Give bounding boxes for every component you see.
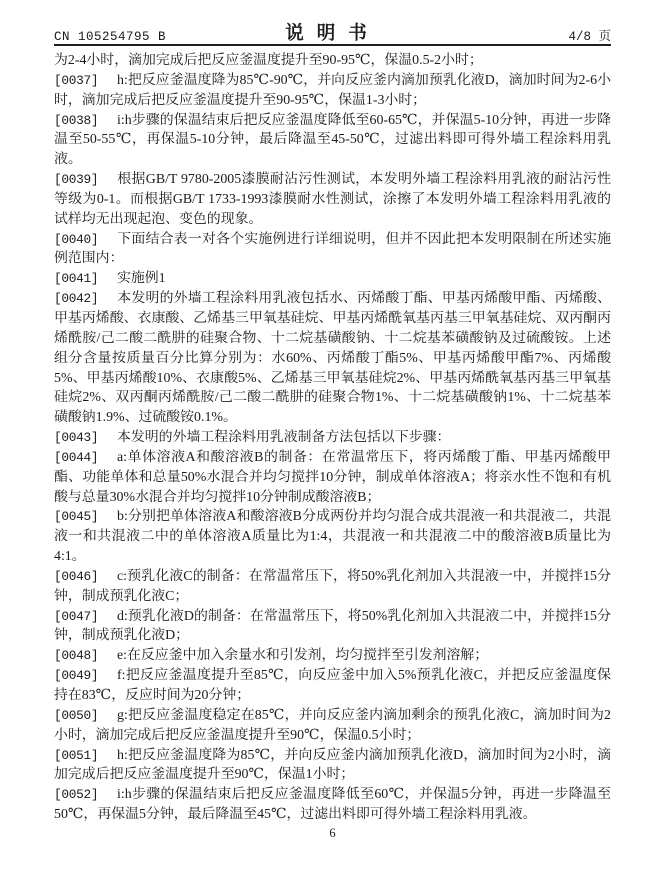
paragraph-tag: [0042] xyxy=(54,289,117,309)
paragraph-text: 根据GB/T 9780-2005漆膜耐沾污性测试，本发明外墙工程涂料用乳液的耐沾… xyxy=(54,172,611,227)
paragraph: [0043]本发明的外墙工程涂料用乳液制备方法包括以下步骤： xyxy=(54,428,611,448)
paragraph-tag: [0038] xyxy=(54,111,117,131)
paragraph: [0042]本发明的外墙工程涂料用乳液包括水、丙烯酸丁酯、甲基丙烯酸甲酯、丙烯酸… xyxy=(54,289,611,428)
paragraph: [0038]i:h步骤的保温结束后把反应釜温度降低至60-65℃，并保温5-10… xyxy=(54,111,611,171)
paragraph: [0037]h:把反应釜温度降为85℃-90℃，并向反应釜内滴加预乳化液D，滴加… xyxy=(54,71,611,111)
page-number: 6 xyxy=(329,826,335,840)
paragraph-tag: [0050] xyxy=(54,706,117,726)
paragraph: [0047]d:预乳化液D的制备：在常温常压下，将50%乳化剂加入共混液二中，并… xyxy=(54,607,611,647)
page-footer: 6 xyxy=(0,826,665,841)
paragraph-tag: [0047] xyxy=(54,607,117,627)
paragraph-text: d:预乳化液D的制备：在常温常压下，将50%乳化剂加入共混液二中，并搅拌15分钟… xyxy=(54,609,611,644)
paragraph-tag: [0045] xyxy=(54,507,117,527)
paragraph-tag: [0041] xyxy=(54,269,117,289)
paragraph-tag: [0046] xyxy=(54,567,117,587)
header-rule xyxy=(54,44,611,46)
document-body: 为2-4小时，滴加完成后把反应釜温度提升至90-95℃，保温0.5-2小时； [… xyxy=(54,51,611,825)
paragraph-tag: [0043] xyxy=(54,428,117,448)
paragraph: [0044]a:单体溶液A和酸溶液B的制备：在常温常压下，将丙烯酸丁酯、甲基丙烯… xyxy=(54,448,611,508)
paragraph-text: f:把反应釜温度提升至85℃，向反应釜中加入5%预乳化液C，并把反应釜温度保持在… xyxy=(54,668,611,703)
page-indicator: 4/8 页 xyxy=(568,26,611,44)
paragraph: [0039]根据GB/T 9780-2005漆膜耐沾污性测试，本发明外墙工程涂料… xyxy=(54,170,611,230)
paragraph-text: 本发明的外墙工程涂料用乳液包括水、丙烯酸丁酯、甲基丙烯酸甲酯、丙烯酸、甲基丙烯酸… xyxy=(54,291,611,425)
paragraph-text: 为2-4小时，滴加完成后把反应釜温度提升至90-95℃，保温0.5-2小时； xyxy=(54,53,483,68)
paragraph: [0040]下面结合表一对各个实施例进行详细说明，但并不因此把本发明限制在所述实… xyxy=(54,230,611,270)
paragraph-text: h:把反应釜温度降为85℃，并向反应釜内滴加预乳化液D，滴加时间为2小时，滴加完… xyxy=(54,748,611,783)
paragraph-tag: [0039] xyxy=(54,170,117,190)
paragraph: [0052]i:h步骤的保温结束后把反应釜温度降低至60℃，并保温5分钟，再进一… xyxy=(54,785,611,825)
paragraph-text: h:把反应釜温度降为85℃-90℃，并向反应釜内滴加预乳化液D，滴加时间为2-6… xyxy=(54,73,611,108)
paragraph-tag: [0037] xyxy=(54,71,117,91)
paragraph: [0050]g:把反应釜温度稳定在85℃，并向反应釜内滴加剩余的预乳化液C，滴加… xyxy=(54,706,611,746)
paragraph-tag: [0052] xyxy=(54,785,117,805)
paragraph: [0046]c:预乳化液C的制备：在常温常压下，将50%乳化剂加入共混液一中，并… xyxy=(54,567,611,607)
paragraph-tag: [0044] xyxy=(54,448,117,468)
paragraph: [0051]h:把反应釜温度降为85℃，并向反应釜内滴加预乳化液D，滴加时间为2… xyxy=(54,746,611,786)
paragraph-text: g:把反应釜温度稳定在85℃，并向反应釜内滴加剩余的预乳化液C，滴加时间为2小时… xyxy=(54,708,611,743)
paragraph-text: 实施例1 xyxy=(117,271,166,286)
paragraph-text: c:预乳化液C的制备：在常温常压下，将50%乳化剂加入共混液一中，并搅拌15分钟… xyxy=(54,569,611,604)
patent-description-page: CN 105254795 B 说明书 4/8 页 为2-4小时，滴加完成后把反应… xyxy=(0,0,665,871)
paragraph-text: b:分别把单体溶液A和酸溶液B分成两份并均匀混合成共混液一和共混液二，共混液一和… xyxy=(54,509,611,564)
paragraph-text: i:h步骤的保温结束后把反应釜温度降低至60-65℃，并保温5-10分钟，再进一… xyxy=(54,113,611,168)
paragraph-text: i:h步骤的保温结束后把反应釜温度降低至60℃，并保温5分钟，再进一步降温至50… xyxy=(54,787,611,822)
paragraph-tag: [0040] xyxy=(54,230,117,250)
paragraph-text: e:在反应釜中加入余量水和引发剂，均匀搅拌至引发剂溶解； xyxy=(117,648,488,663)
paragraph-tag: [0049] xyxy=(54,666,117,686)
paragraph: [0048]e:在反应釜中加入余量水和引发剂，均匀搅拌至引发剂溶解； xyxy=(54,646,611,666)
page-header: CN 105254795 B 说明书 4/8 页 xyxy=(54,22,611,44)
paragraph-text: 下面结合表一对各个实施例进行详细说明，但并不因此把本发明限制在所述实施例范围内： xyxy=(54,232,611,267)
paragraph-text: 本发明的外墙工程涂料用乳液制备方法包括以下步骤： xyxy=(117,430,450,445)
paragraph: [0041]实施例1 xyxy=(54,269,611,289)
paragraph-text: a:单体溶液A和酸溶液B的制备：在常温常压下，将丙烯酸丁酯、甲基丙烯酸甲酯、功能… xyxy=(54,450,611,505)
paragraph-tag: [0051] xyxy=(54,746,117,766)
paragraph: [0045]b:分别把单体溶液A和酸溶液B分成两份并均匀混合成共混液一和共混液二… xyxy=(54,507,611,567)
document-title: 说明书 xyxy=(285,19,380,45)
paragraph-tag: [0048] xyxy=(54,646,117,666)
paragraph: 为2-4小时，滴加完成后把反应釜温度提升至90-95℃，保温0.5-2小时； xyxy=(54,51,611,71)
document-number: CN 105254795 B xyxy=(54,30,166,44)
paragraph: [0049]f:把反应釜温度提升至85℃，向反应釜中加入5%预乳化液C，并把反应… xyxy=(54,666,611,706)
